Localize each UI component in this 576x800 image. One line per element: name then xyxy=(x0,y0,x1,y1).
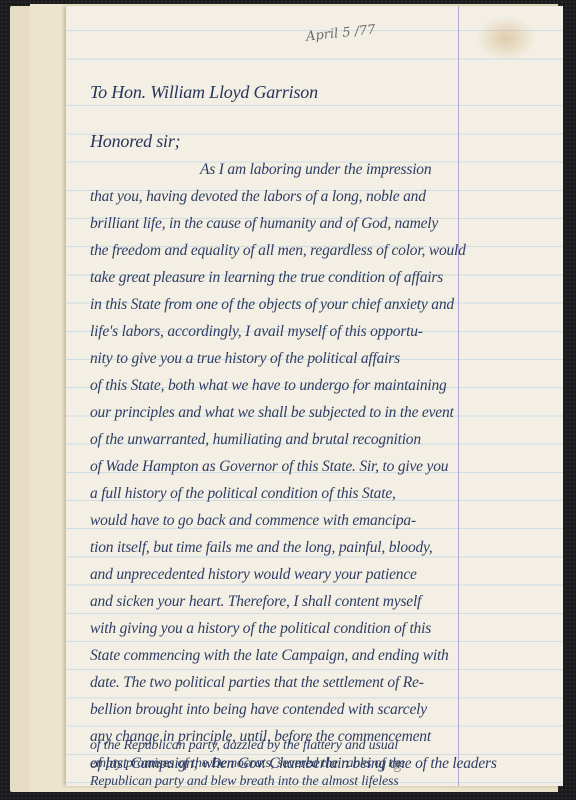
body-line: would have to go back and commence with … xyxy=(90,512,416,530)
pencil-page-number: 40 xyxy=(390,760,402,773)
body-line: of this State, both what we have to unde… xyxy=(90,377,447,395)
body-line: in this State from one of the objects of… xyxy=(90,296,454,314)
ruled-lines xyxy=(66,6,563,786)
salutation: Honored sir; xyxy=(90,131,180,152)
body-line: of last Campaign; when Gov. Chamberlain … xyxy=(90,755,497,773)
body-line: our principles and what we shall be subj… xyxy=(90,404,454,422)
letter-page: April 5 /77 To Hon. William Lloyd Garris… xyxy=(66,6,563,786)
body-line: with giving you a history of the politic… xyxy=(90,620,431,638)
body-line: the freedom and equality of all men, reg… xyxy=(90,242,466,260)
body-line: and sicken your heart. Therefore, I shal… xyxy=(90,593,421,611)
body-line: a full history of the political conditio… xyxy=(90,485,396,503)
body-line: State commencing with the late Campaign,… xyxy=(90,647,449,665)
body-line: that you, having devoted the labors of a… xyxy=(90,188,426,206)
margin-line xyxy=(458,6,459,786)
paper-stain xyxy=(476,16,536,61)
body-line: tion itself, but time fails me and the l… xyxy=(90,539,433,557)
body-line: take great pleasure in learning the true… xyxy=(90,269,443,287)
body-line: any change in principle, until, before t… xyxy=(90,728,431,746)
body-line: of the unwarranted, humiliating and brut… xyxy=(90,431,421,449)
body-line: date. The two political parties that the… xyxy=(90,674,424,692)
body-line: brilliant life, in the cause of humanity… xyxy=(90,215,438,233)
body-line: As I am laboring under the impression xyxy=(200,161,431,179)
body-line: of Wade Hampton as Governor of this Stat… xyxy=(90,458,448,476)
body-line: life's labors, accordingly, I avail myse… xyxy=(90,323,423,341)
body-line: and unprecedented history would weary yo… xyxy=(90,566,417,584)
body-line: bellion brought into being have contende… xyxy=(90,701,427,719)
body-line: nity to give you a true history of the p… xyxy=(90,350,400,368)
addressee: To Hon. William Lloyd Garrison xyxy=(90,82,318,103)
